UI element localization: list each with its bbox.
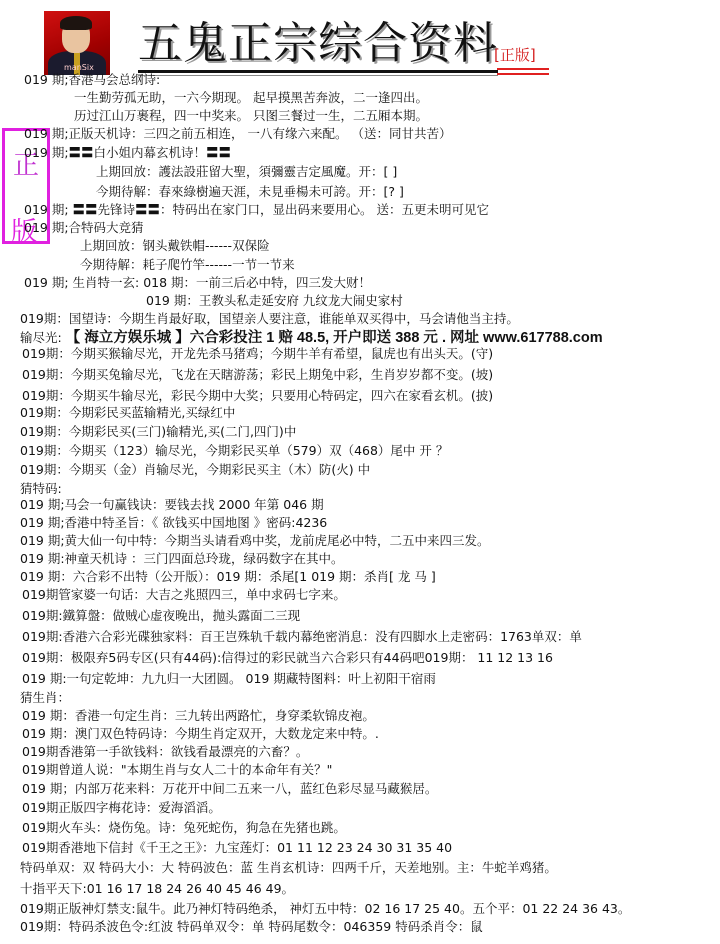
text-line: 019 期;香港中特圣旨：《 欲钱买中国地图 》密码:4236 [20,515,327,531]
ad-prefix: 输尽光: [20,330,62,345]
text-line: 019 期：香港一句定生肖：三九转出两路忙，身穿柔软锦皮袍。 [22,708,375,724]
text-line: 特码单双：双 特码大小：大 特码波色：蓝 生肖玄机诗：四两千斤，天差地别。主：牛… [20,860,557,876]
page-header: manSix 五鬼正宗综合资料 [正版] [0,0,720,78]
badge-underline-bottom [497,73,549,75]
text-line: 019期：今期彩民买(三门)输精光,买(二门,四门)中 [20,424,296,440]
text-line: 019 期;马会一句赢钱诀：要钱去找 2000 年第 046 期 [20,497,324,513]
text-line: 一生勤劳孤无助，一六今期现。 起早摸黑苦奔波，二一逢四出。 [74,90,428,106]
text-line: 019期：国望诗：今期生肖最好取，国望亲人要注意，谁能单双买得中，马会请他当主持… [20,311,519,327]
title-underline [138,70,498,73]
text-line: 019 期; 生肖特一玄: 018 期：一前三后必中特，四三发大财！ [24,275,371,291]
text-line: 十指平天下:01 16 17 18 24 26 40 45 46 49。 [20,881,294,897]
text-line: 019 期：澳门双色特码诗：今期生肖定双开，大数龙定来中特。. [22,726,379,742]
text-line: 猜生肖： [20,690,70,706]
text-line: 019期：今期买牛输尽光，彩民今期中大奖；只要用心特码定，四六在家看玄机。(披) [22,388,493,404]
text-line: 019期:香港六合彩光碟独家料：百王岂殊轨千载内幕绝密消息：没有四脚水上走密码：… [22,629,582,645]
text-line: 今期待解：耗子爬竹竿------一节一节来 [80,257,295,273]
text-line: 019 期:神童天机诗 ：三门四面总玲珑，绿码数字在其中。 [20,551,344,567]
text-line: 019 期；内部万花来料：万花开中间二五来一八，蓝红色彩尽显马藏猴居。 [22,781,437,797]
official-badge: [正版] [494,44,536,65]
photo-caption: manSix [64,63,94,72]
text-line: 019期：今期买（123）输尽光，今期彩民买单（579）双（468）尾中 开 ？ [20,443,448,459]
text-line: 019 期;正版天机诗：三四之前五相连， 一八有缘六来配。 （送：同甘共苦） [24,126,452,142]
text-line: 019期正版四字梅花诗：爱海滔滔。 [22,800,221,816]
text-line: 019 期;合特码大竞猜 [24,220,144,236]
text-line: 019期香港第一手欲钱料：欲钱看最漂亮的六畜？。 [22,744,308,760]
text-line: 历过江山万裹程，四一中奖来。 只图三餐过一生，二五厢本期。 [74,108,428,124]
text-line: 019期：今期买兔输尽光，飞龙在天瞎游荡；彩民上期兔中彩，生肖岁岁都不变。(坡) [22,367,493,383]
title-underline-shadow [138,75,498,76]
text-line: 019期：今期买猴输尽光，开龙先杀马猪鸡；今期牛羊有希望，鼠虎也有出头天。(守) [22,346,493,362]
avatar-photo: manSix [44,11,110,75]
text-line: 019期:鐵算盤：做贼心虚夜晚出，抛头露面二三现 [22,608,300,624]
text-line: 019期管家婆一句话：大吉之兆照四三，单中求码七字来。 [22,587,346,603]
text-line: 019 期：王教头私走延安府 九纹龙大闹史家村 [146,293,403,309]
badge-underline-top [497,68,549,70]
text-line: 019 期;香港马会总纲诗: [24,72,160,88]
text-line: 019期火车头：烧伤兔。诗：兔死蛇伤，狗急在先猪也跳。 [22,820,346,836]
text-line: 019期香港地下信封《千王之王》：九宝莲灯：01 11 12 23 24 30 … [22,840,452,856]
text-line: 上期回放：護法設莊留大聖，須彌靈吉定風魔。开：[ ] [96,164,397,180]
text-line: 019期曾道人说："本期生肖与女人二十的本命年有关？" [22,762,332,778]
photo-hair-shape [60,16,92,30]
text-line: 019 期; 〓〓先锋诗〓〓：特码出在家门口，显出码来要用心。 送：五更未明可见… [24,202,489,218]
text-line: 019 期:一句定乾坤：九九归一大团圆。 019 期藏特图料：叶上初阳干宿雨 [22,671,436,687]
ad-link-text[interactable]: 【 海立方娱乐城 】六合彩投注 1 赔 48.5, 开户即送 388 元 . 网… [66,330,603,346]
text-line: 019 期：六合彩不出特（公开版）：019 期：杀尾[1 019 期：杀肖[ 龙… [20,569,436,585]
text-line: 猜特码: [20,481,62,497]
text-line: 019期：极限弃5码专区(只有44码):信得过的彩民就当六合彩只有44码吧019… [22,650,553,666]
page-title: 五鬼正宗综合资料 [138,20,498,68]
text-line: 今期待解：春來綠樹遍天涯，未見垂楊未可誇。开：[? ] [96,184,404,200]
text-line: 019期正版神灯禁支:鼠牛。此乃神灯特码绝杀， 神灯五中特：02 16 17 2… [20,901,630,917]
text-line: 019期：今期彩民买蓝输精光,买绿红中 [20,405,235,421]
text-line: 019 期;黄大仙一句中特：今期当头请看鸡中奖，龙前虎尾必中特，二五中来四三发。 [20,533,490,549]
ad-banner[interactable]: 输尽光: 【 海立方娱乐城 】六合彩投注 1 赔 48.5, 开户即送 388 … [20,330,603,346]
text-line: 上期回放：钢头戴铁帽------双保险 [80,238,270,254]
text-line: 019 期;〓〓白小姐内幕玄机诗！〓〓 [24,145,231,161]
text-line: 019期：今期买（金）肖输尽光，今期彩民买主（木）防(火) 中 [20,462,370,478]
text-line: 019期：特码杀波色令:红波 特码单双令：单 特码尾数令：046359 特码杀肖… [20,919,483,935]
